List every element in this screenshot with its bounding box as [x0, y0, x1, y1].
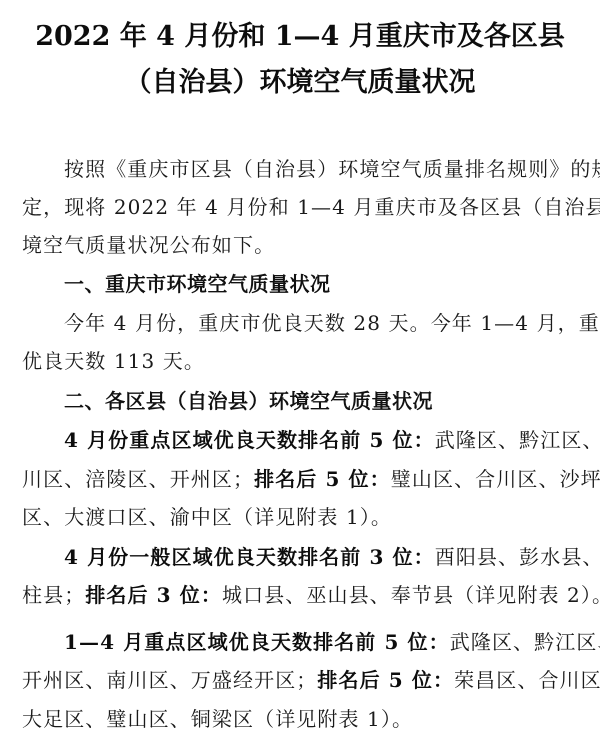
- document-title-line-1: 2022 年 4 月份和 1—4 月重庆市及各区县: [0, 14, 600, 60]
- april-key-regions-line-2: 川区、涪陵区、开州区；排名后 5 位：璧山区、合川区、沙坪坝: [22, 460, 588, 498]
- section-1-heading: 一、重庆市环境空气质量状况: [64, 265, 588, 303]
- april-key-regions-line-1: 4 月份重点区域优良天数排名前 5 位：武隆区、黔江区、南: [64, 421, 588, 459]
- section-1-line-2: 优良天数 113 天。: [22, 342, 588, 380]
- intro-line-3: 境空气质量状况公布如下。: [22, 226, 588, 264]
- april-key-bottom5-label: 排名后 5 位：: [254, 467, 391, 491]
- jan-apr-key-regions-line-2: 开州区、南川区、万盛经开区；排名后 5 位：荣昌区、合川区、: [22, 661, 588, 699]
- intro-line-2: 定，现将 2022 年 4 月份和 1—4 月重庆市及各区县（自治县）环: [22, 188, 588, 226]
- document-title-line-2: （自治县）环境空气质量状况: [0, 60, 600, 106]
- intro-line-1: 按照《重庆市区县（自治县）环境空气质量排名规则》的规: [64, 150, 588, 188]
- april-key-bottom5-list: 璧山区、合川区、沙坪坝: [391, 467, 600, 491]
- jan-apr-key-bottom5-list: 荣昌区、合川区、: [454, 668, 600, 692]
- april-key-top5-label: 4 月份重点区域优良天数排名前 5 位：: [64, 428, 435, 452]
- april-key-top5-list: 武隆区、黔江区、南: [435, 428, 600, 452]
- section-2-heading: 二、各区县（自治县）环境空气质量状况: [64, 382, 588, 420]
- april-key-top5-list-cont: 川区、涪陵区、开州区；: [22, 467, 254, 491]
- april-general-regions-line-1: 4 月份一般区域优良天数排名前 3 位：酉阳县、彭水县、石: [64, 538, 588, 576]
- document-page: 2022 年 4 月份和 1—4 月重庆市及各区县 （自治县）环境空气质量状况 …: [0, 0, 600, 748]
- april-key-regions-line-3: 区、大渡口区、渝中区（详见附表 1）。: [22, 498, 588, 536]
- jan-apr-key-regions-line-3: 大足区、璧山区、铜梁区（详见附表 1）。: [22, 700, 588, 738]
- jan-apr-key-top5-label: 1—4 月重点区域优良天数排名前 5 位：: [64, 630, 450, 654]
- jan-apr-key-top5-list-cont: 开州区、南川区、万盛经开区；: [22, 668, 317, 692]
- jan-apr-key-regions-line-1: 1—4 月重点区域优良天数排名前 5 位：武隆区、黔江区、: [64, 623, 588, 661]
- april-general-bottom3-label: 排名后 3 位：: [85, 583, 222, 607]
- april-general-bottom3-list: 城口县、巫山县、奉节县（详见附表 2）。: [222, 583, 600, 607]
- jan-apr-key-bottom5-label: 排名后 5 位：: [317, 668, 454, 692]
- april-general-regions-line-2: 柱县；排名后 3 位：城口县、巫山县、奉节县（详见附表 2）。: [22, 576, 588, 614]
- april-general-top3-label: 4 月份一般区域优良天数排名前 3 位：: [64, 545, 435, 569]
- april-general-top3-list: 酉阳县、彭水县、石: [435, 545, 600, 569]
- jan-apr-key-top5-list: 武隆区、黔江区、: [450, 630, 600, 654]
- section-1-line-1: 今年 4 月份，重庆市优良天数 28 天。今年 1—4 月，重庆市: [64, 304, 588, 342]
- april-general-top3-list-cont: 柱县；: [22, 583, 85, 607]
